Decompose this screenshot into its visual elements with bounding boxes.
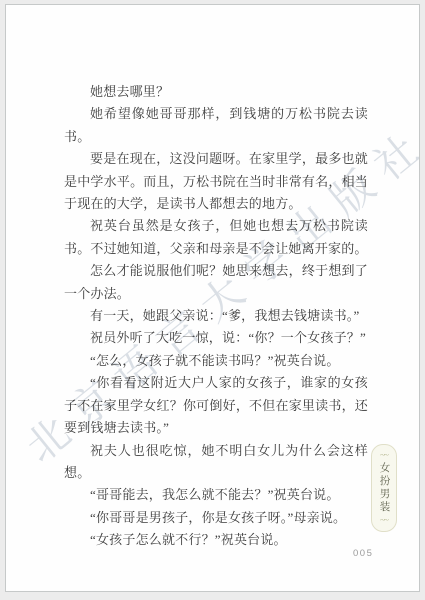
- paragraph: “你看看这附近大户人家的女孩子，谁家的女孩子不在家里学女红？你可倒好，不但在家里…: [64, 372, 368, 439]
- paragraph: 祝英台虽然是女孩子，但她也想去万松书院读书。不过她知道，父亲和母亲是不会让她离开…: [64, 215, 368, 260]
- tab-ornament-top-icon: ~~: [380, 453, 388, 459]
- paragraph: 怎么才能说服他们呢？她思来想去，终于想到了一个办法。: [64, 260, 368, 305]
- body-text: 她想去哪里？她希望像她哥哥那样，到钱塘的万松书院去读书。要是在现在，这没问题呀。…: [64, 81, 368, 552]
- paragraph: 祝员外听了大吃一惊，说：“你？一个女孩子？”: [64, 327, 368, 349]
- chapter-tab-label: 女扮男装: [377, 462, 392, 514]
- paragraph: “女孩子怎么就不行？”祝英台说。: [64, 529, 368, 551]
- paragraph: “怎么，女孩子就不能读书吗？”祝英台说。: [64, 350, 368, 372]
- book-page-background: { "page": { "watermark": "北京语言大学出版社", "n…: [0, 0, 425, 600]
- tab-ornament-bottom-icon: ~~: [380, 518, 388, 524]
- paragraph: 她希望像她哥哥那样，到钱塘的万松书院去读书。: [64, 103, 368, 148]
- paragraph: 有一天，她跟父亲说：“爹，我想去钱塘读书。”: [64, 305, 368, 327]
- paragraph: 她想去哪里？: [64, 81, 368, 103]
- page-number: 005: [353, 548, 373, 559]
- paragraph: “你哥哥是男孩子，你是女孩子呀。”母亲说。: [64, 507, 368, 529]
- book-page: 北京语言大学出版社 她想去哪里？她希望像她哥哥那样，到钱塘的万松书院去读书。要是…: [5, 4, 420, 592]
- paragraph: “哥哥能去，我怎么就不能去？”祝英台说。: [64, 484, 368, 506]
- paragraph: 要是在现在，这没问题呀。在家里学，最多也就是中学水平。而且，万松书院在当时非常有…: [64, 148, 368, 215]
- chapter-side-tab: ~~ 女扮男装 ~~: [371, 444, 397, 532]
- paragraph: 祝夫人也很吃惊，她不明白女儿为什么会这样想。: [64, 440, 368, 485]
